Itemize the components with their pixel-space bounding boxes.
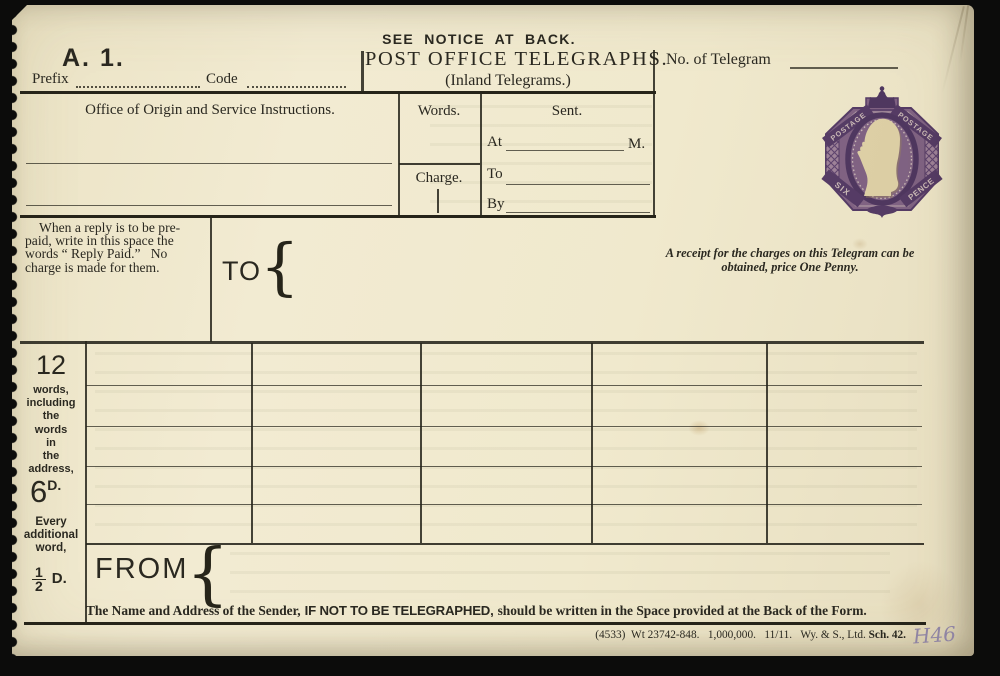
grid-line-row: [86, 504, 922, 505]
rate-additional-line: word,: [14, 542, 88, 555]
prefix-label: Prefix: [32, 71, 69, 88]
halfpenny-unit: D.: [52, 570, 67, 587]
schedule-number: Sch. 42.: [869, 629, 906, 641]
grid-line-row: [86, 385, 922, 386]
prefix-entry-leader: [76, 85, 200, 88]
pencil-annotation: H46: [912, 622, 956, 649]
rate-line: words: [16, 424, 86, 437]
rule-header-heavy: [20, 91, 656, 94]
sent-meridiem-label: M.: [628, 136, 645, 153]
table-right-border: [653, 50, 655, 216]
stain-spot: [688, 420, 710, 436]
sent-at-label: At: [487, 134, 502, 151]
sent-to-entry-line: [506, 184, 650, 185]
deckled-paper-edge: [12, 5, 23, 656]
rate-additional-line: additional: [14, 529, 88, 542]
origin-writing-line: [26, 205, 392, 206]
showthrough-texture: [95, 352, 917, 540]
charge-tick-mark: [437, 189, 439, 213]
page-subtitle: (Inland Telegrams.): [365, 72, 651, 90]
sender-note-part1: The Name and Address of the Sender,: [86, 603, 301, 618]
grid-line-column: [591, 343, 593, 543]
embossed-sixpence-stamp: POSTAGE POSTAGE SIX PENCE: [810, 86, 954, 224]
showthrough-texture: [230, 552, 890, 598]
receipt-note-line: obtained, price One Penny.: [640, 261, 940, 275]
charge-header: Charge.: [399, 170, 479, 187]
sent-at-entry-line: [506, 150, 624, 151]
corner-nick: [12, 5, 27, 20]
halfpenny-fraction: 1 2: [32, 566, 46, 592]
sent-by-entry-line: [506, 212, 650, 213]
crown-icon: [866, 86, 898, 110]
fraction-denominator: 2: [32, 580, 46, 592]
rule-table-bottom-heavy: [20, 215, 656, 218]
words-charge-divider: [399, 163, 480, 165]
rate-sixpence-number: 6: [30, 474, 47, 509]
reply-note-line: words “ Reply Paid.” No: [25, 247, 208, 260]
code-entry-leader: [247, 85, 346, 88]
sent-by-label: By: [487, 196, 505, 213]
title-left-bar: [361, 51, 364, 92]
grid-line-column: [766, 343, 768, 543]
notice-see-back: SEE NOTICE AT BACK.: [358, 31, 600, 47]
to-brace: {: [260, 230, 299, 303]
no-of-telegram-entry-line: [790, 67, 898, 69]
code-label: Code: [206, 71, 238, 88]
grid-line-row: [86, 466, 922, 467]
to-label: TO: [222, 256, 261, 287]
reply-note-line: charge is made for them.: [25, 261, 208, 274]
words-header: Words.: [399, 103, 479, 120]
receipt-note-line: A receipt for the charges on this Telegr…: [640, 247, 940, 261]
rate-line: the: [16, 410, 86, 423]
rate-sixpence-unit: D.: [47, 477, 61, 493]
sender-note-part3: should be written in the Space provided …: [498, 603, 867, 618]
grid-line-column: [251, 343, 253, 543]
sent-header: Sent.: [481, 103, 653, 120]
rate-line: in: [16, 437, 86, 450]
rate-line: the: [16, 450, 86, 463]
printer-imprint: (4533) Wt 23742-848. 1,000,000. 11/11. W…: [595, 629, 866, 641]
to-section-divider: [210, 215, 212, 342]
rule-bottom-heavy: [24, 622, 926, 625]
grid-line-row: [86, 426, 922, 427]
form-code: A. 1.: [62, 44, 125, 73]
rate-additional-line: Every: [14, 516, 88, 529]
origin-writing-line: [26, 163, 392, 164]
showthrough-texture: [430, 105, 652, 210]
origin-header: Office of Origin and Service Instruction…: [24, 102, 396, 119]
grid-top-rule: [20, 341, 924, 344]
grid-line-column: [420, 343, 422, 543]
page-title: POST OFFICE TELEGRAPHS.: [365, 48, 651, 71]
sent-to-label: To: [487, 166, 503, 183]
from-label: FROM: [95, 553, 188, 586]
no-of-telegram-label: No. of Telegram: [666, 51, 771, 69]
rate-words-count: 12: [19, 350, 83, 381]
rate-line: words,: [16, 384, 86, 397]
stamp-floral-ornament: [866, 206, 898, 219]
rate-line: including: [16, 397, 86, 410]
sender-note-part2: IF NOT TO BE TELEGRAPHED,: [305, 603, 494, 618]
